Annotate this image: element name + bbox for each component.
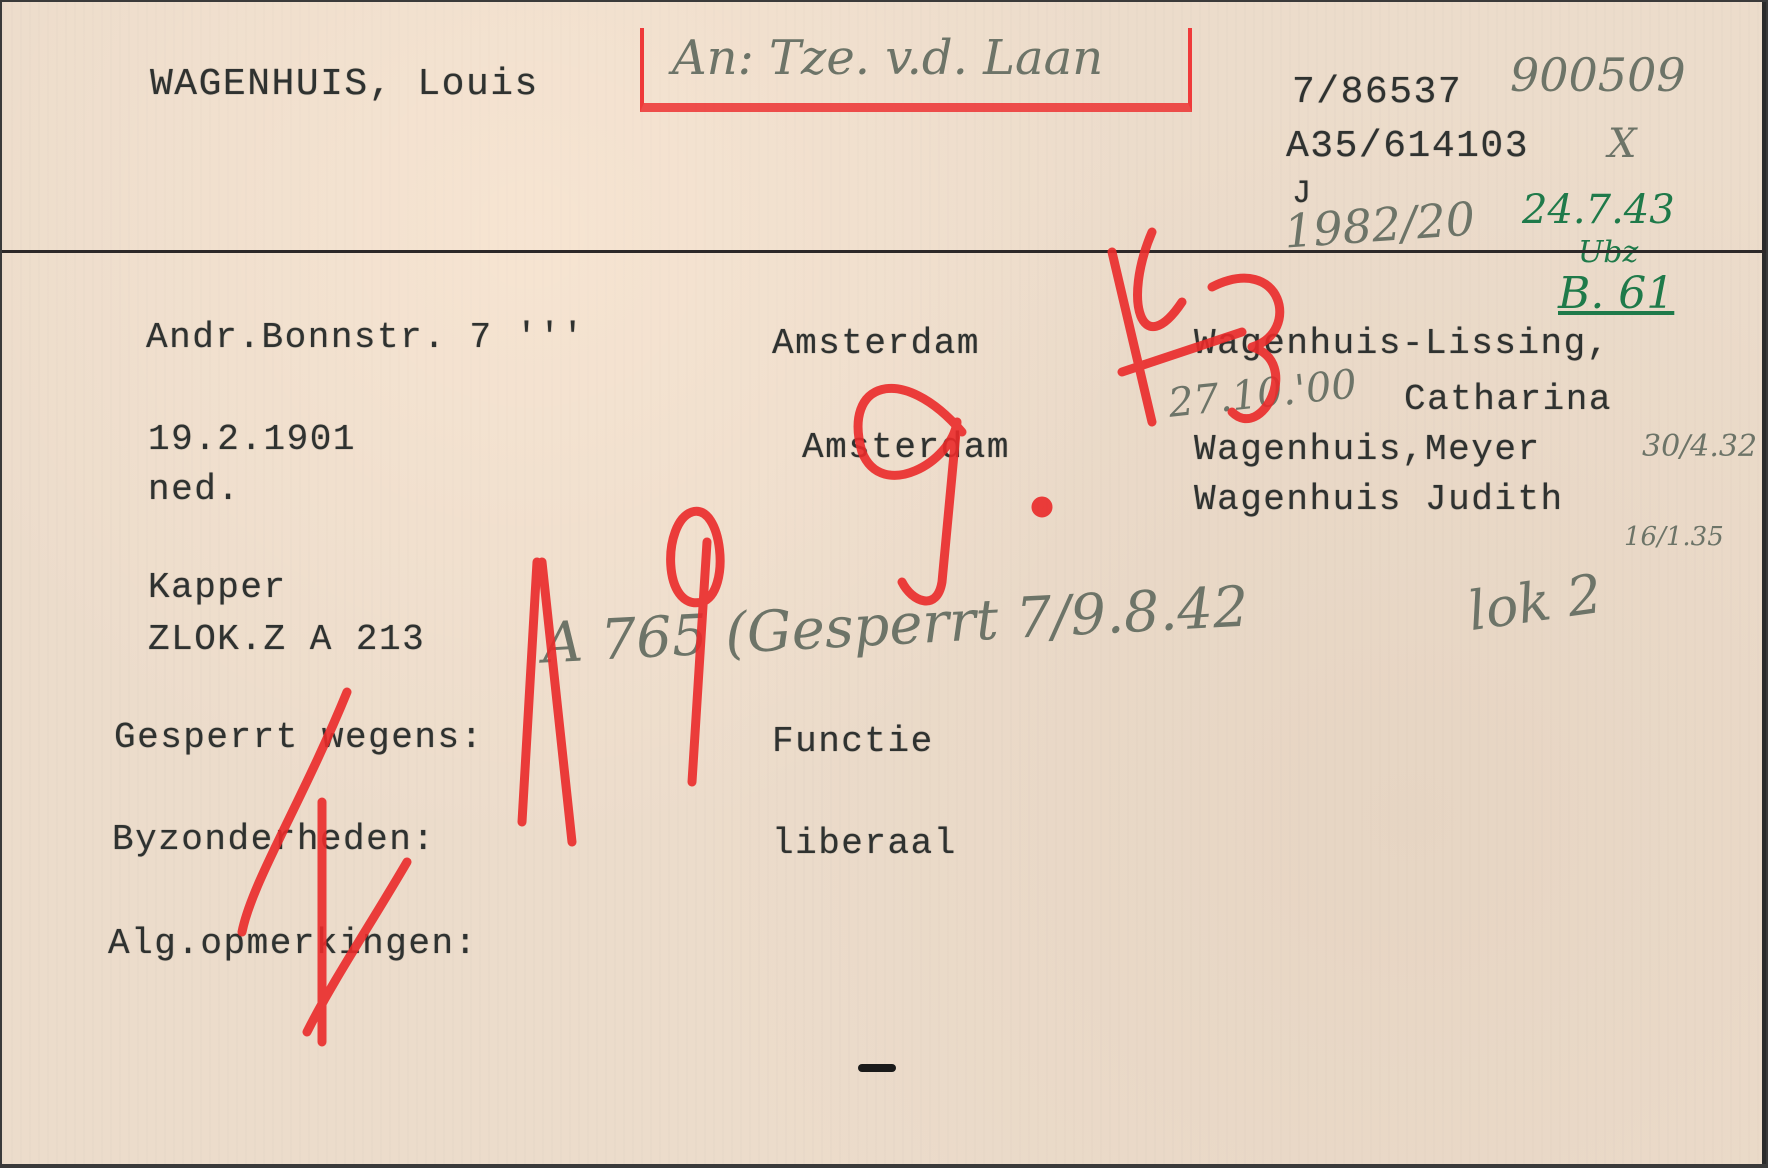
ink-dash-mark (858, 1064, 896, 1072)
red-crayon-marks (2, 2, 1766, 1164)
index-card: WAGENHUIS, Louis An: Tze. v.d. Laan 7/86… (2, 2, 1766, 1164)
